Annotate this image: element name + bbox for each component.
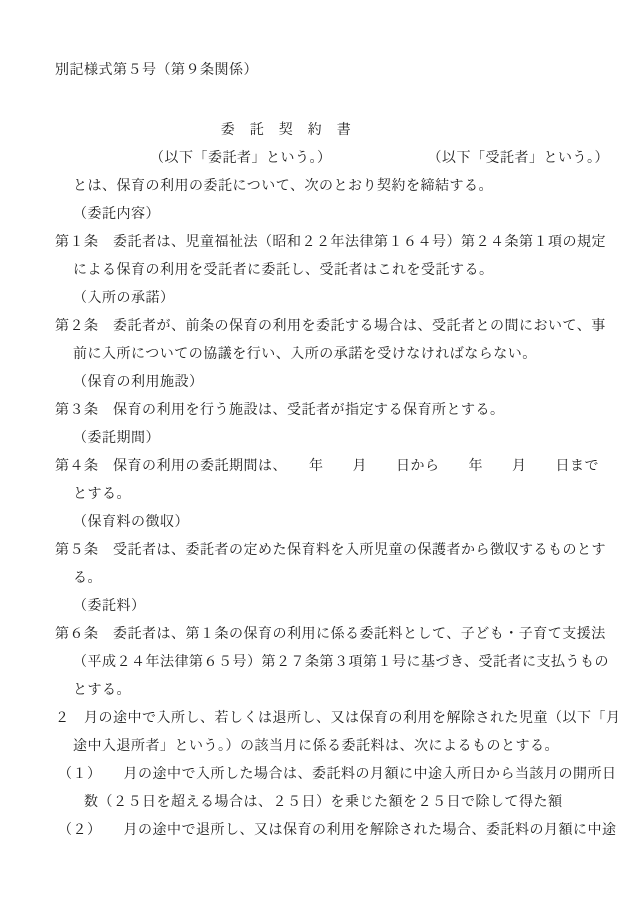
article-4-line: 第４条 保育の利用の委託期間は、 年 月 日から 年 月 日まで	[0, 452, 630, 480]
article-2-line: 第２条 委託者が、前条の保育の利用を委託する場合は、受託者との間において、事	[0, 312, 630, 340]
document-line: 途中入退所者」という。）の該当月に係る委託料は、次によるものとする。	[0, 732, 630, 760]
article-6-line: 第６条 委託者は、第１条の保育の利用に係る委託料として、子ども・子育て支援法	[0, 620, 630, 648]
item-1-line: （１） 月の途中で入所した場合は、委託料の月額に中途入所日から当該月の開所日	[0, 760, 630, 788]
document-line: る。	[0, 564, 630, 592]
vertical-spacer	[0, 84, 630, 116]
section-heading: （委託内容）	[0, 200, 630, 228]
section-heading: （保育の利用施設）	[0, 368, 630, 396]
document-line: による保育の利用を受託者に委託し、受託者はこれを受託する。	[0, 256, 630, 284]
document-line: とする。	[0, 480, 630, 508]
article-1-line: 第１条 委託者は、児童福祉法（昭和２２年法律第１６４号）第２４条第１項の規定	[0, 228, 630, 256]
document-title: 委 託 契 約 書	[0, 116, 630, 144]
document-line: 数（２５日を超える場合は、２５日）を乗じた額を２５日で除して得た額	[0, 788, 630, 816]
section-heading: （入所の承諾）	[0, 284, 630, 312]
document-line: とする。	[0, 676, 630, 704]
document-page: 別記様式第５号（第９条関係） 委 託 契 約 書 （以下「委託者」という。）（以…	[0, 0, 630, 903]
article-3-line: 第３条 保育の利用を行う施設は、受託者が指定する保育所とする。	[0, 396, 630, 424]
party-names-line: （以下「委託者」という。）（以下「受託者」という。）	[0, 144, 630, 172]
document-line: とは、保育の利用の委託について、次のとおり契約を締結する。	[0, 172, 630, 200]
form-number-header: 別記様式第５号（第９条関係）	[0, 56, 630, 84]
consignee-label: （以下「受託者」という。）	[428, 150, 610, 166]
consignor-label: （以下「委託者」という。）	[150, 150, 332, 166]
section-heading: （保育料の徴収）	[0, 508, 630, 536]
document-line: 前に入所についての協議を行い、入所の承諾を受けなければならない。	[0, 340, 630, 368]
article-5-line: 第５条 受託者は、委託者の定めた保育料を入所児童の保護者から徴収するものとす	[0, 536, 630, 564]
section-heading: （委託期間）	[0, 424, 630, 452]
document-line: （平成２４年法律第６５号）第２７条第３項第１号に基づき、受託者に支払うもの	[0, 648, 630, 676]
item-2-line: （２） 月の途中で退所し、又は保育の利用を解除された場合、委託料の月額に中途	[0, 816, 630, 844]
paragraph-2-line: ２ 月の途中で入所し、若しくは退所し、又は保育の利用を解除された児童（以下「月	[0, 704, 630, 732]
section-heading: （委託料）	[0, 592, 630, 620]
